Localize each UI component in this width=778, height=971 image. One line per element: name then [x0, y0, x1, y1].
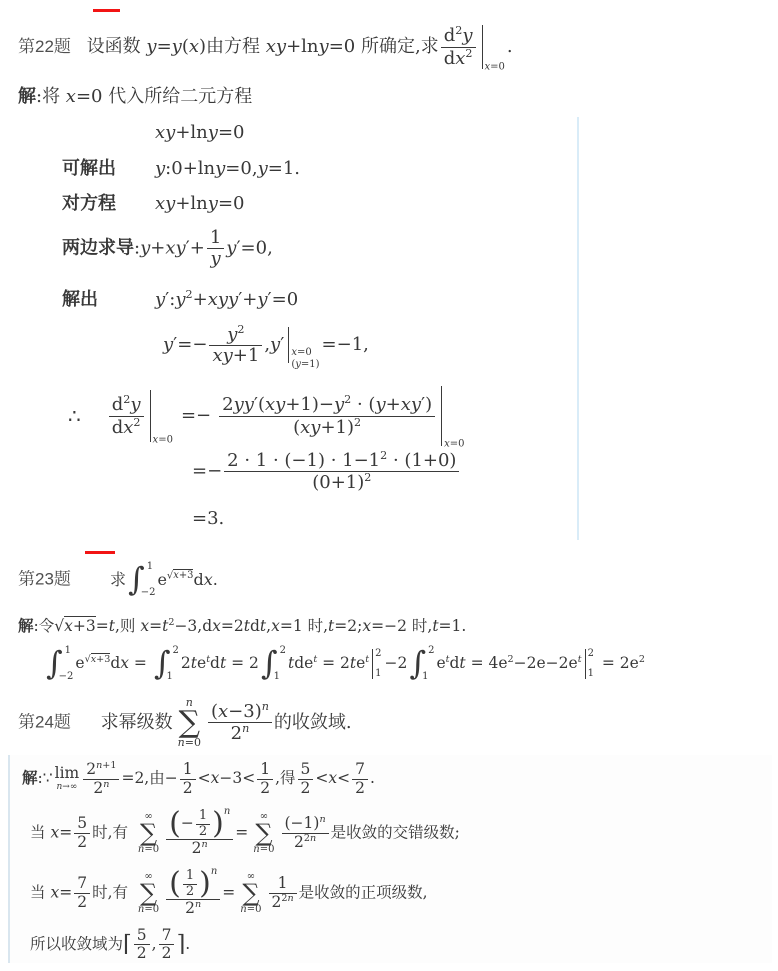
p22-title-math: 设函数 y=y(x)由方程 xy+lny=0 所确定,求d2ydx2x=0. — [87, 36, 513, 57]
p24-line-2: 当 x=52时,有 ∞∑n=0(−12)n2n=∞∑n=0(−1)n22n是收敛… — [30, 809, 460, 858]
p23-number: 第23题 — [18, 570, 71, 589]
p24-line-1: 解:∵limn→∞2n+12n=2,由−12<x−3<12,得52<x<72. — [22, 761, 375, 797]
p24-title-math: 求幂级数n∑n=0(x−3)n2n的收敛域. — [101, 712, 352, 733]
line-math: xy+lny=0 — [155, 193, 244, 214]
line-label: 可解出 — [62, 158, 155, 181]
line-label: 对方程 — [62, 193, 155, 216]
scan-artifact-line — [577, 117, 579, 540]
p23-title-row: 第23题 求∫1−2e√x+3dx. — [18, 562, 218, 598]
p22-solution-intro: 解:将 x=0 代入所给二元方程 — [18, 86, 252, 109]
p24-solution-block: 解:∵limn→∞2n+12n=2,由−12<x−3<12,得52<x<72. … — [8, 755, 772, 963]
therefore-symbol: ∴ — [68, 404, 81, 429]
p22-line-solve-y: 可解出y:0+lny=0,y=1. — [62, 158, 300, 181]
p22-title-row: 第22题 设函数 y=y(x)由方程 xy+lny=0 所确定,求d2ydx2x… — [18, 25, 513, 69]
line-math: y:0+lny=0,y=1. — [155, 158, 300, 179]
p24-title-row: 第24题 求幂级数n∑n=0(x−3)n2n的收敛域. — [18, 697, 352, 748]
p22-line-therefore: ∴d2ydx2x=0=−2yy′(xy+1)−y2 · (y+xy′)(xy+1… — [68, 386, 467, 446]
red-dash-2 — [85, 551, 115, 554]
line-math: y′:y2+xyy′+y′=0 — [155, 289, 298, 310]
p22-line-equation: 对方程xy+lny=0 — [62, 193, 244, 216]
p23-integral-line: ∫1−2e√x+3dx = ∫212tetdt = 2∫21tdet = 2te… — [44, 646, 645, 682]
p24-line-4: 所以收敛域为⌈52,72⌉. — [30, 927, 190, 963]
p22-line-substitute: =−2 · 1 · (−1) · 1−12 · (1+0)(0+1)2 — [192, 450, 461, 493]
red-dash-1 — [93, 9, 120, 12]
p22-line-result: =3. — [192, 508, 224, 531]
p24-number: 第24题 — [18, 713, 71, 732]
p22-number: 第22题 — [18, 37, 71, 56]
line-label: 解出 — [62, 289, 155, 312]
p22-line-yprime-value: y′=−y2xy+1,y′x=0(y=1)=−1, — [163, 324, 369, 366]
p22-equation-1: xy+lny=0 — [155, 122, 244, 145]
p23-title-math: 求∫1−2e√x+3dx. — [110, 570, 218, 589]
line-math: d2ydx2x=0=−2yy′(xy+1)−y2 · (y+xy′)(xy+1)… — [107, 405, 467, 426]
p23-solution-line: 解:令√x+3=t,则 x=t2−3,dx=2tdt,x=1 时,t=2;x=−… — [18, 616, 466, 636]
p24-line-3: 当 x=72时,有 ∞∑n=0(12)n2n=∞∑n=0122n是收敛的正项级数… — [30, 869, 428, 918]
p22-line-solve-yprime: 解出y′:y2+xyy′+y′=0 — [62, 288, 298, 312]
p22-line-derivative: 两边求导:y+xy′+1yy′=0, — [62, 228, 273, 269]
